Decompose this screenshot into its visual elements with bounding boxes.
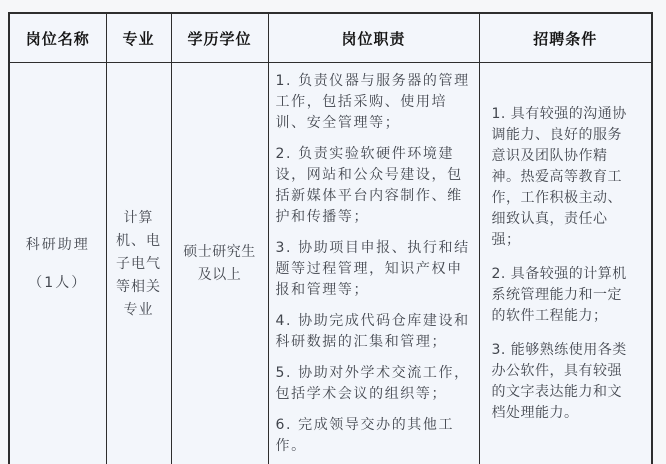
col-header-major: 专业: [106, 13, 171, 63]
duty-item: 1. 负责仪器与服务器的管理工作，包括采购、使用培训、安全管理等；: [276, 71, 471, 134]
major-text: 计算机、电子电气等相关专业: [116, 207, 162, 322]
recruitment-table: 岗位名称 专业 学历学位 岗位职责 招聘条件 科研助理 （1人） 计算机、电子电…: [8, 12, 653, 464]
cell-position: 科研助理 （1人）: [9, 63, 106, 464]
duty-item: 4. 协助完成代码仓库建设和科研数据的汇集和管理；: [276, 311, 471, 353]
duty-item: 6. 完成领导交办的其他工作。: [276, 415, 471, 457]
cell-duties: 1. 负责仪器与服务器的管理工作，包括采购、使用培训、安全管理等； 2. 负责实…: [268, 63, 479, 464]
condition-item: 3. 能够熟练使用各类办公软件，具有较强的文字表达能力和文档处理能力。: [492, 340, 634, 424]
position-name: 科研助理: [11, 234, 105, 256]
table-row: 科研助理 （1人） 计算机、电子电气等相关专业 硕士研究生及以上 1. 负责仪器…: [9, 63, 652, 464]
condition-item: 2. 具备较强的计算机系统管理能力和一定的软件工程能力；: [492, 264, 634, 327]
header-row: 岗位名称 专业 学历学位 岗位职责 招聘条件: [9, 13, 652, 63]
col-header-position-name: 岗位名称: [9, 13, 106, 63]
degree-text: 硕士研究生及以上: [183, 241, 257, 287]
col-header-conditions: 招聘条件: [479, 13, 652, 63]
position-headcount: （1人）: [11, 272, 105, 294]
duty-item: 5. 协助对外学术交流工作，包括学术会议的组织等；: [276, 363, 471, 405]
cell-conditions: 1. 具有较强的沟通协调能力、良好的服务意识及团队协作精神。热爱高等教育工作，工…: [479, 63, 652, 464]
duty-item: 2. 负责实验软硬件环境建设，网站和公众号建设，包括新媒体平台内容制作、维护和传…: [276, 144, 471, 228]
cell-degree: 硕士研究生及以上: [171, 63, 268, 464]
col-header-degree: 学历学位: [171, 13, 268, 63]
duty-item: 3. 协助项目申报、执行和结题等过程管理，知识产权申报和管理等；: [276, 238, 471, 301]
recruitment-table-container: 岗位名称 专业 学历学位 岗位职责 招聘条件 科研助理 （1人） 计算机、电子电…: [8, 12, 653, 464]
condition-item: 1. 具有较强的沟通协调能力、良好的服务意识及团队协作精神。热爱高等教育工作，工…: [492, 104, 634, 251]
col-header-duties: 岗位职责: [268, 13, 479, 63]
cell-major: 计算机、电子电气等相关专业: [106, 63, 171, 464]
